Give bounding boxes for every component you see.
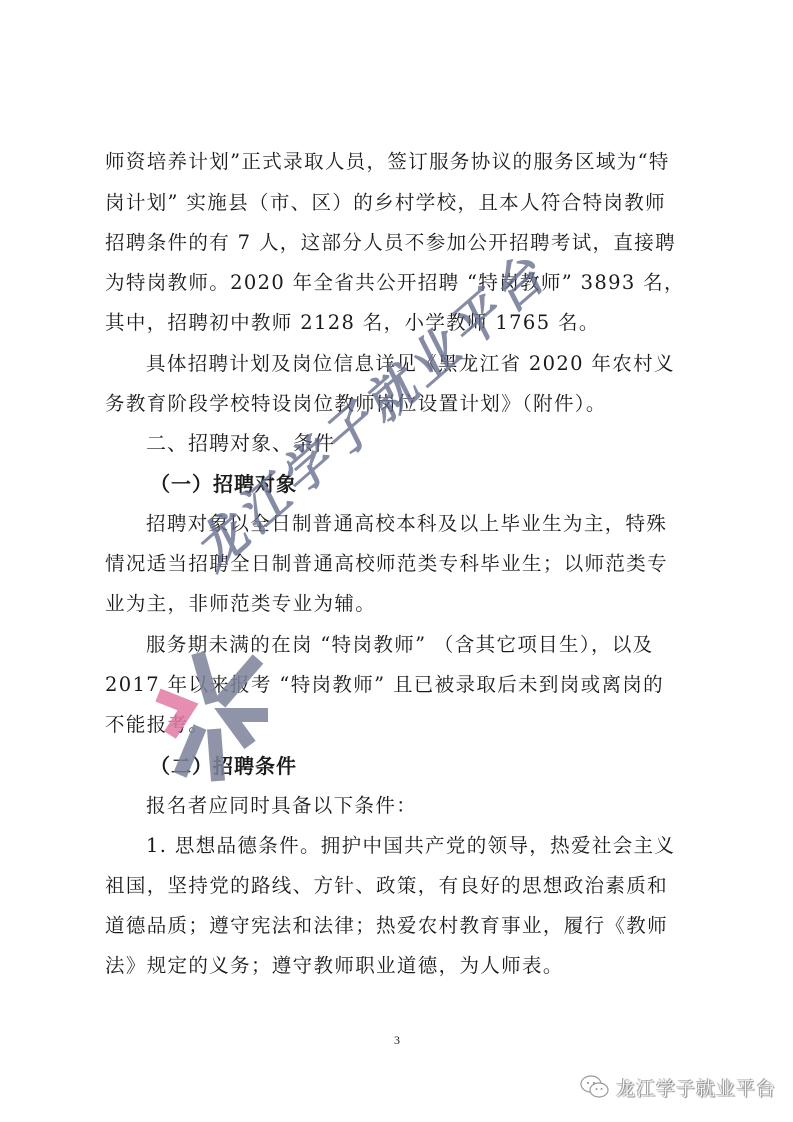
body-text-line: 务教育阶段学校特设岗位教师岗位设置计划》（附件）。: [105, 392, 695, 416]
body-text-line: 情况适当招聘全日制普通高校师范类专科毕业生；以师范类专: [105, 552, 695, 576]
body-text-line: 为特岗教师。2020 年全省共公开招聘 “特岗教师” 3893 名，: [105, 271, 695, 295]
paragraph-start-line: 服务期未满的在岗 “特岗教师” （含其它项目生），以及: [146, 633, 695, 657]
body-text-line: 岗计划” 实施县（市、区）的乡村学校，且本人符合特岗教师: [105, 191, 695, 215]
section-heading: 二、招聘对象、条件: [146, 431, 695, 455]
body-text-line: 不能报考。: [105, 713, 695, 737]
wechat-icon: [580, 1074, 610, 1100]
body-text-line: 师资培养计划”正式录取人员，签订服务协议的服务区域为“特: [105, 150, 695, 174]
paragraph-start-line: 报名者应同时具备以下条件：: [146, 794, 695, 818]
paragraph-start-line: 招聘对象以全日制普通高校本科及以上毕业生为主，特殊: [146, 512, 695, 536]
body-text-line: 业为主，非师范类专业为辅。: [105, 592, 695, 616]
page-number: 3: [394, 1033, 400, 1048]
body-text-line: 道德品质；遵守宪法和法律；热爱农村教育事业，履行《教师: [105, 914, 695, 938]
footer-brand: 龙江学子就业平台: [580, 1070, 776, 1104]
body-text-line: 招聘条件的有 7 人，这部分人员不参加公开招聘考试，直接聘: [105, 231, 695, 255]
body-text-line: 祖国，坚持党的路线、方针、政策，有良好的思想政治素质和: [105, 874, 695, 898]
subsection-heading: （一）招聘对象: [150, 472, 740, 496]
subsection-heading: （二）招聘条件: [150, 754, 740, 778]
footer-brand-text: 龙江学子就业平台: [616, 1074, 776, 1101]
paragraph-start-line: 1. 思想品德条件。拥护中国共产党的领导，热爱社会主义: [146, 834, 695, 858]
body-text-line: 2017 年以来报考 “特岗教师” 且已被录取后未到岗或离岗的: [105, 673, 695, 697]
document-page: 师资培养计划”正式录取人员，签订服务协议的服务区域为“特 岗计划” 实施县（市、…: [0, 0, 793, 1122]
body-text-line: 其中，招聘初中教师 2128 名，小学教师 1765 名。: [105, 311, 695, 335]
body-text-line: 法》规定的义务；遵守教师职业道德，为人师表。: [105, 954, 695, 978]
paragraph-start-line: 具体招聘计划及岗位信息详见《黑龙江省 2020 年农村义: [146, 352, 695, 376]
